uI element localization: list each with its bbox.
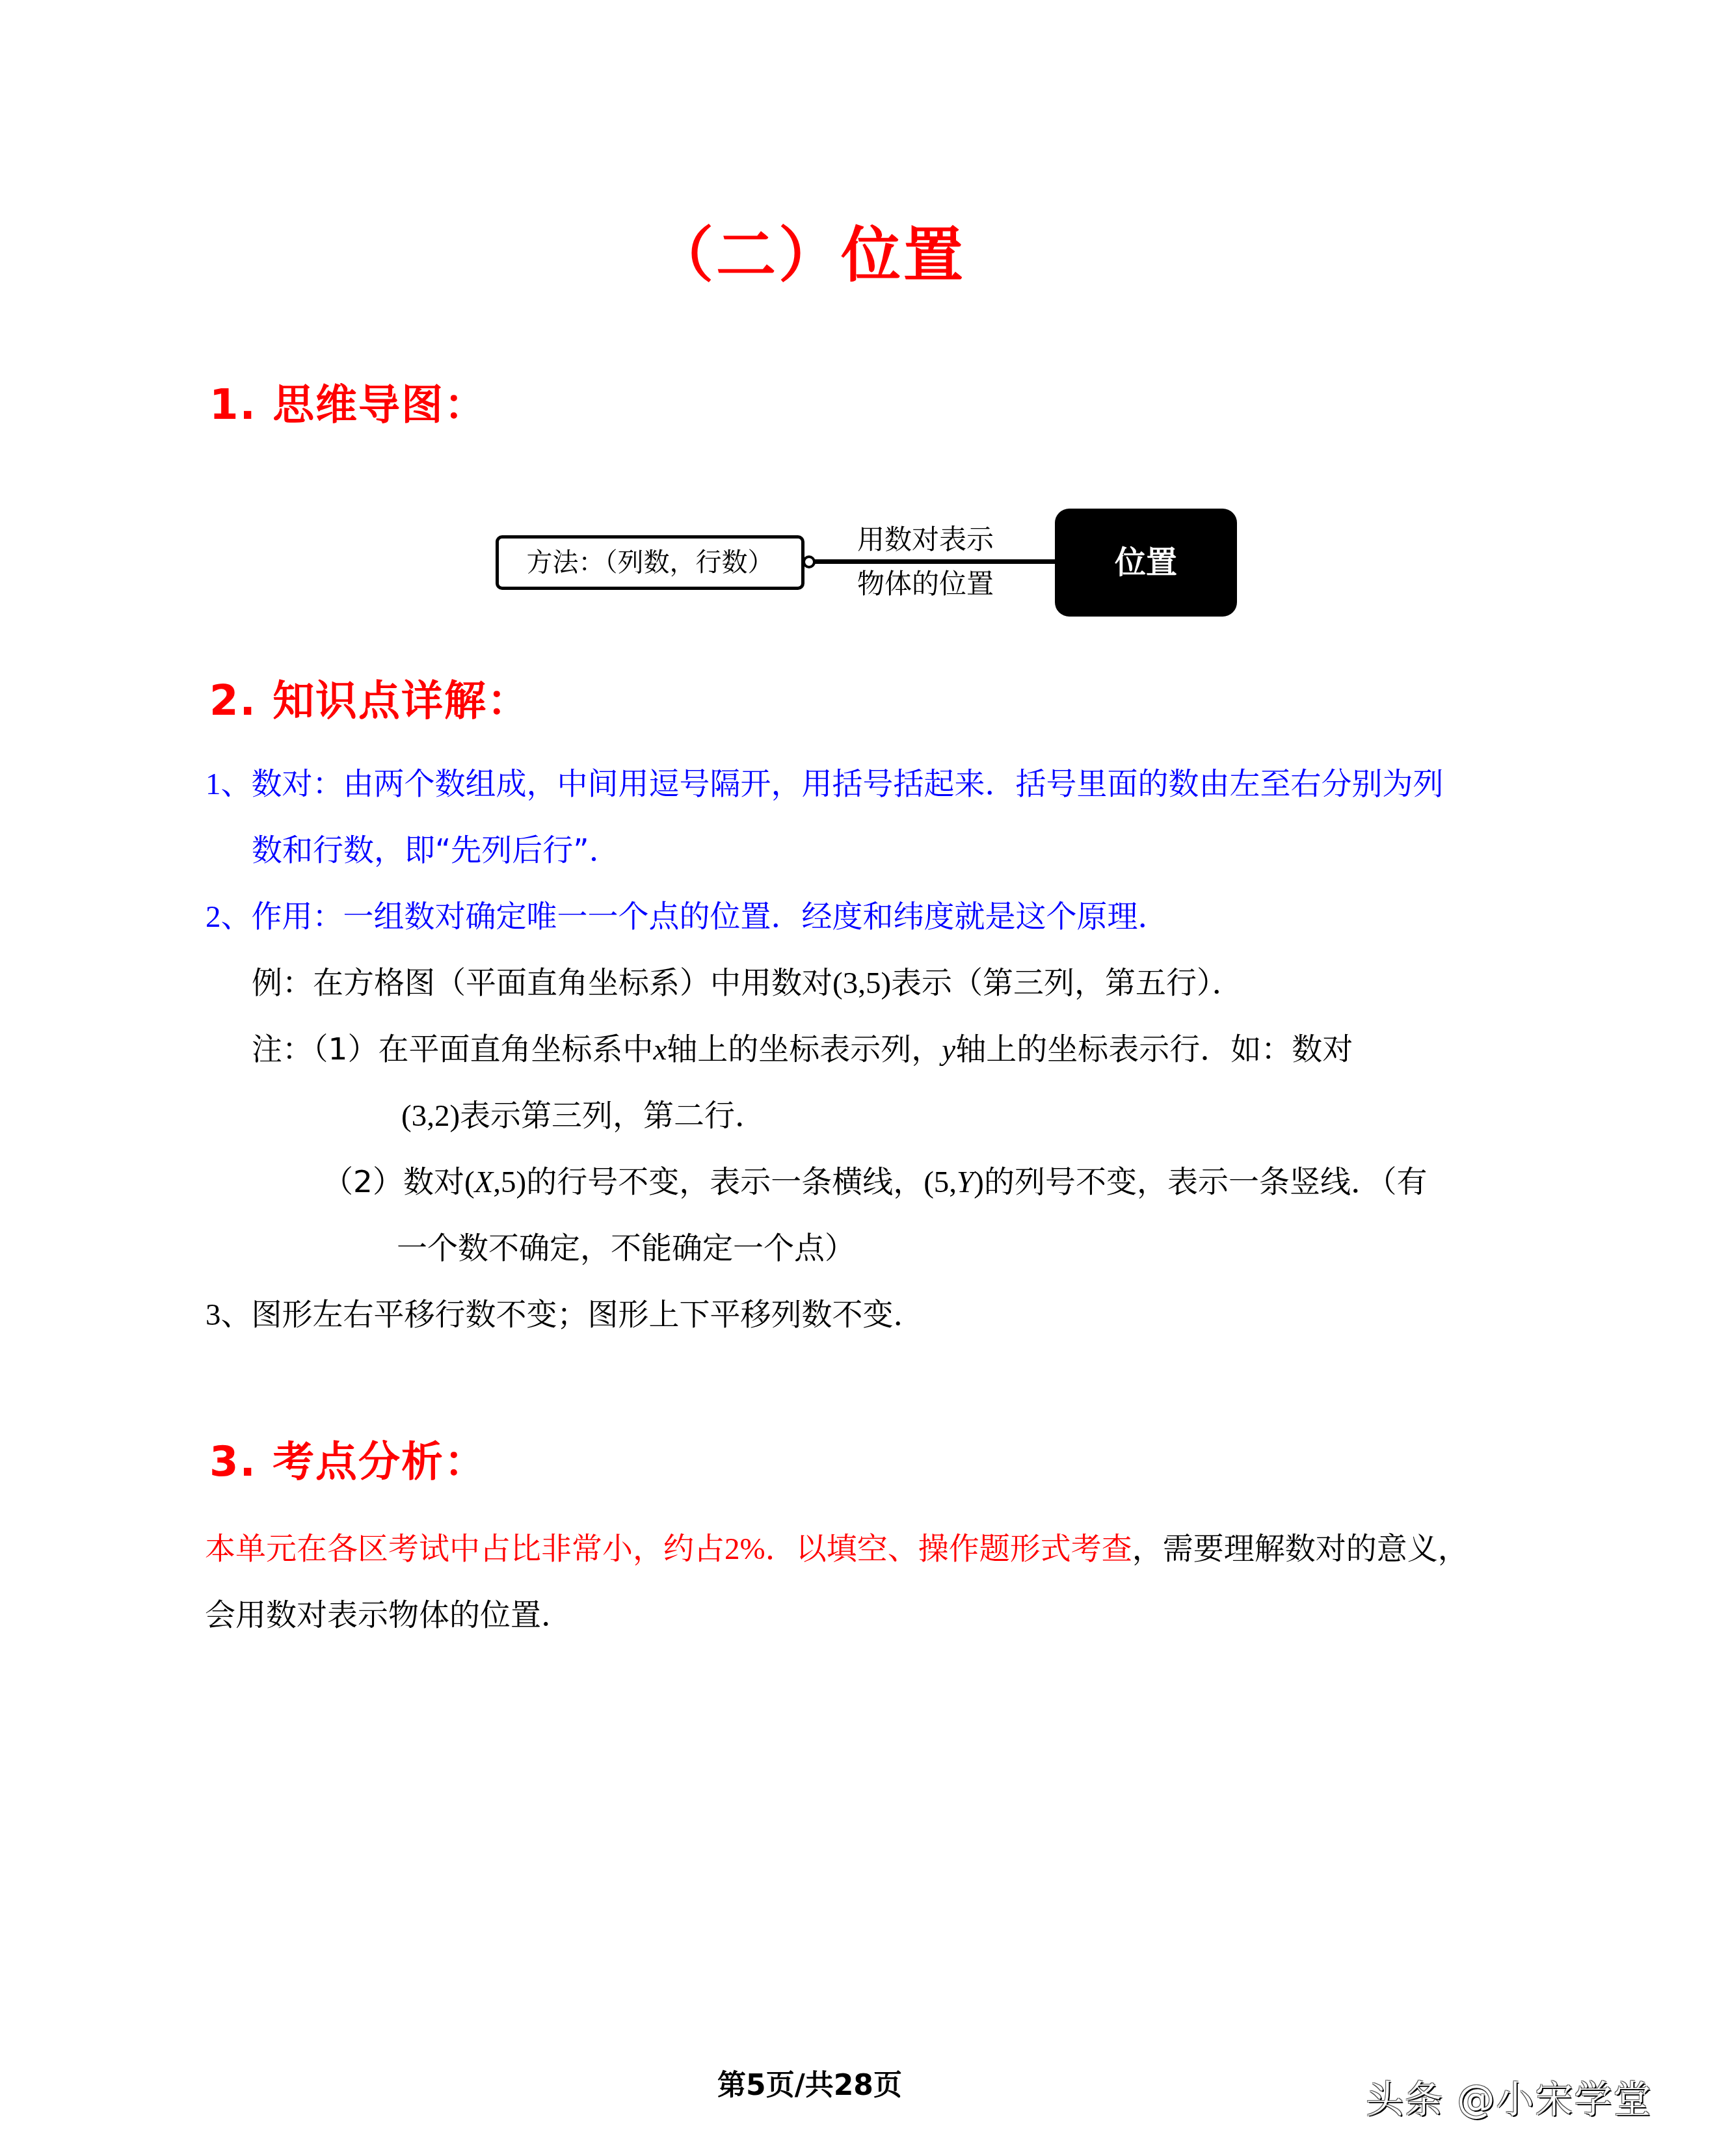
knowledge-note-2-line-1: （2）数对(X,5)的行号不变，表示一条横线，(5,Y)的列号不变，表示一条竖线… (323, 1163, 1427, 1202)
mindmap-edge (813, 559, 1056, 564)
pair-close: ,5) (493, 1165, 526, 1199)
pair-open: (5, (924, 1165, 957, 1199)
mindmap-root-node: 位置 (1055, 509, 1237, 617)
pair-close: ) (974, 1165, 984, 1199)
section-heading-exam: 3. 考点分析： (209, 1436, 487, 1488)
knowledge-item-1-line-1: 1、数对：由两个数组成，中间用逗号隔开，用括号括起来．括号里面的数由左至右分别为… (206, 765, 1444, 804)
item-text: 数对：由两个数组成，中间用逗号隔开，用括号括起来．括号里面的数由左至右分别为列 (252, 766, 1444, 802)
item-number: 1、 (206, 767, 252, 801)
exam-text: ，需要理解数对的意义， (1132, 1531, 1469, 1567)
example-pair: (3,5) (832, 966, 891, 1000)
knowledge-item-3: 3、图形左右平移行数不变；图形上下平移列数不变． (206, 1296, 924, 1335)
pair-open: ( (464, 1165, 475, 1199)
exam-percent: 2% (725, 1532, 765, 1566)
knowledge-note-1-line-1: 注：（1）在平面直角坐标系中x轴上的坐标表示列，y轴上的坐标表示行．如：数对 (252, 1030, 1353, 1069)
mindmap-edge-label-line2: 物体的位置 (857, 567, 994, 601)
knowledge-item-1-line-2: 数和行数，即“先列后行”． (252, 831, 620, 870)
exam-highlight: 本单元在各区考试中占比非常小，约占 (205, 1531, 725, 1567)
note-text-suffix: 轴上的坐标表示行．如：数对 (955, 1031, 1353, 1067)
math-y: y (942, 1033, 955, 1067)
item-number: 2、 (206, 900, 252, 934)
item-number: 3、 (206, 1298, 252, 1332)
example-text-suffix: 表示（第三列，第五行）． (891, 965, 1243, 1001)
note-text: （2）数对 (323, 1164, 464, 1200)
note-text-mid: 的行号不变，表示一条横线， (526, 1164, 924, 1200)
watermark: 头条 @小宋学堂 (1366, 2073, 1652, 2125)
note-text: 注：（1）在平面直角坐标系中 (252, 1031, 653, 1067)
knowledge-example: 例：在方格图（平面直角坐标系）中用数对(3,5)表示（第三列，第五行）． (252, 964, 1243, 1003)
knowledge-note-1-line-2: (3,2)表示第三列，第二行． (401, 1097, 765, 1136)
knowledge-item-2-line-1: 2、作用：一组数对确定唯一一个点的位置．经度和纬度就是这个原理． (206, 898, 1169, 937)
note-text: 表示第三列，第二行． (460, 1098, 765, 1134)
math-X: X (475, 1165, 494, 1199)
exam-analysis-line-2: 会用数对表示物体的位置． (205, 1596, 572, 1635)
note-text-suffix: 的列号不变，表示一条竖线．（有 (984, 1164, 1428, 1200)
note-pair: (3,2) (401, 1099, 460, 1133)
exam-analysis-line-1: 本单元在各区考试中占比非常小，约占2%．以填空、操作题形式考查，需要理解数对的意… (205, 1530, 1469, 1569)
math-x: x (653, 1033, 667, 1067)
item-text: 图形左右平移行数不变；图形上下平移列数不变． (252, 1297, 924, 1333)
mindmap-method-node: 方法：（列数，行数） (496, 535, 804, 590)
page-title: （二）位置 (0, 207, 1619, 304)
example-text: 例：在方格图（平面直角坐标系）中用数对 (252, 965, 832, 1001)
knowledge-note-2-line-2: 一个数不确定，不能确定一个点） (397, 1229, 855, 1268)
section-heading-knowledge: 2. 知识点详解： (209, 675, 530, 727)
item-text: 作用：一组数对确定唯一一个点的位置．经度和纬度就是这个原理． (252, 899, 1169, 935)
note-text-mid: 轴上的坐标表示列， (667, 1031, 942, 1067)
mindmap-edge-label-line1: 用数对表示 (857, 523, 994, 557)
math-Y: Y (957, 1165, 974, 1199)
section-heading-mindmap: 1. 思维导图： (209, 379, 487, 431)
exam-highlight-2: ．以填空、操作题形式考查 (765, 1531, 1132, 1567)
